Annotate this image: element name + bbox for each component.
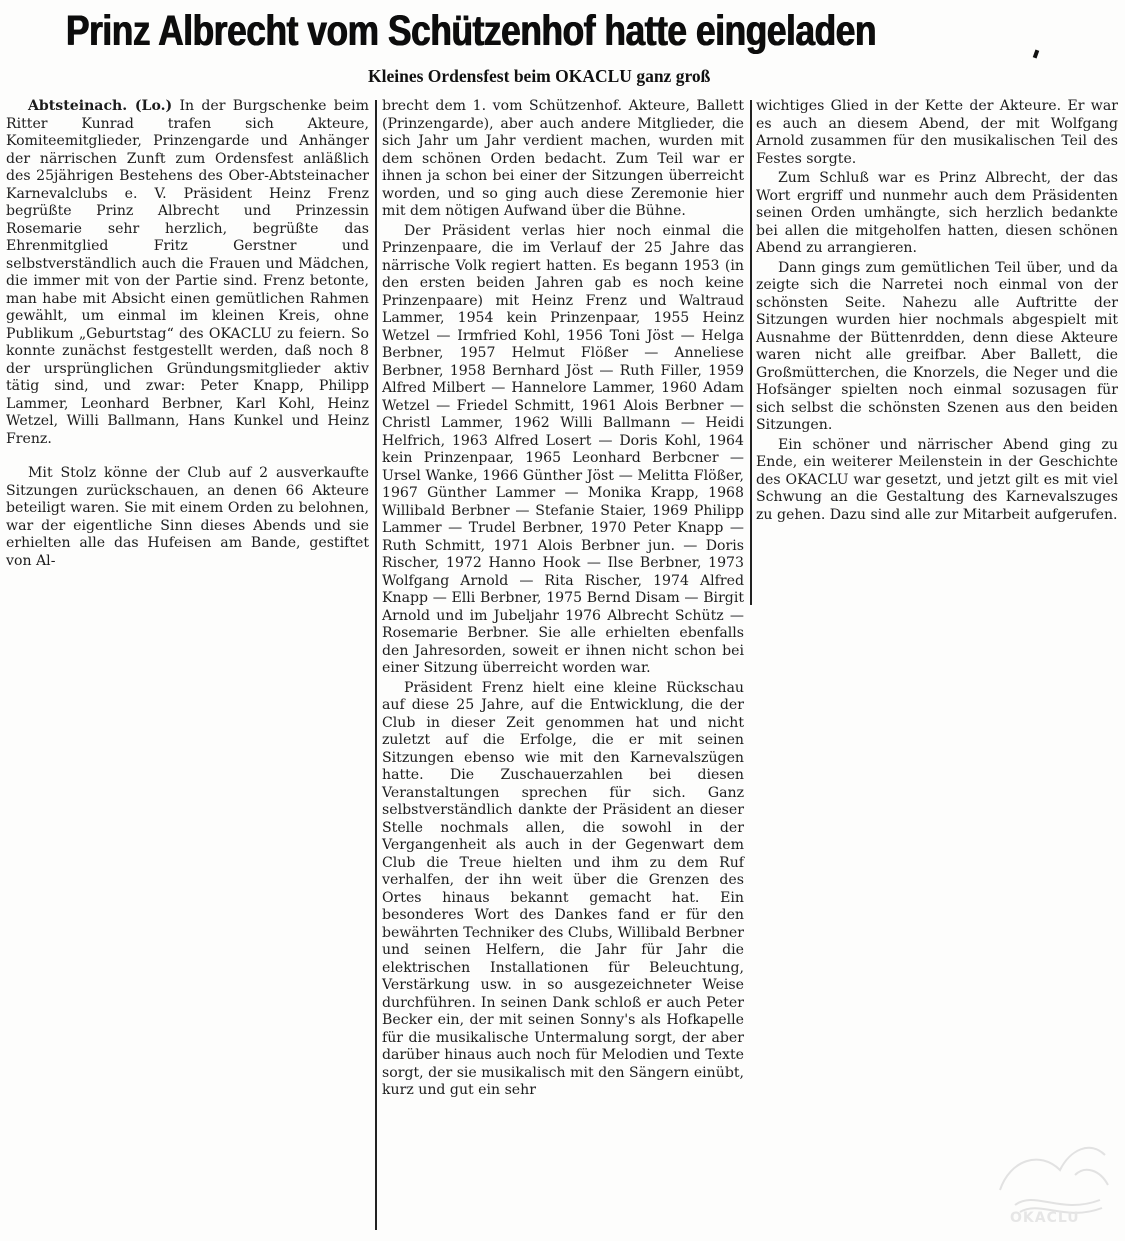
- paragraph: Dann gings zum gemütlichen Teil über, un…: [756, 260, 1118, 435]
- article-column-3: wichtiges Glied in der Kette der Akteure…: [756, 98, 1118, 524]
- subheadline: Kleines Ordensfest beim OKACLU ganz groß: [368, 64, 788, 88]
- paragraph: Ein schöner und närrischer Abend ging zu…: [756, 437, 1118, 525]
- paragraph: Mit Stolz könne der Club auf 2 ausverkau…: [6, 465, 369, 570]
- paragraph: Der Präsident verlas hier noch einmal di…: [382, 223, 744, 678]
- column-rule: [750, 100, 752, 605]
- paragraph-text: In der Burgschenke beim Ritter Kunrad tr…: [6, 98, 369, 447]
- newspaper-clipping: Prinz Albrecht vom Schützenhof hatte ein…: [0, 0, 1125, 1241]
- watermark-label: OKACLU: [1010, 1210, 1080, 1226]
- headline: Prinz Albrecht vom Schützenhof hatte ein…: [66, 2, 853, 60]
- article-column-1: Abtsteinach. (Lo.) In der Burgschenke be…: [6, 98, 369, 570]
- paragraph: Zum Schluß war es Prinz Albrecht, der da…: [756, 170, 1118, 258]
- print-speck: [1033, 50, 1039, 59]
- dateline: Abtsteinach. (Lo.): [28, 98, 172, 114]
- paragraph: wichtiges Glied in der Kette der Akteure…: [756, 98, 1118, 168]
- paragraph: Präsident Frenz hielt eine kleine Rücksc…: [382, 680, 744, 1100]
- article-column-2: brecht dem 1. vom Schützenhof. Akteure, …: [382, 98, 744, 1100]
- paragraph: brecht dem 1. vom Schützenhof. Akteure, …: [382, 98, 744, 221]
- column-rule: [375, 100, 377, 1230]
- paragraph: Abtsteinach. (Lo.) In der Burgschenke be…: [6, 98, 369, 448]
